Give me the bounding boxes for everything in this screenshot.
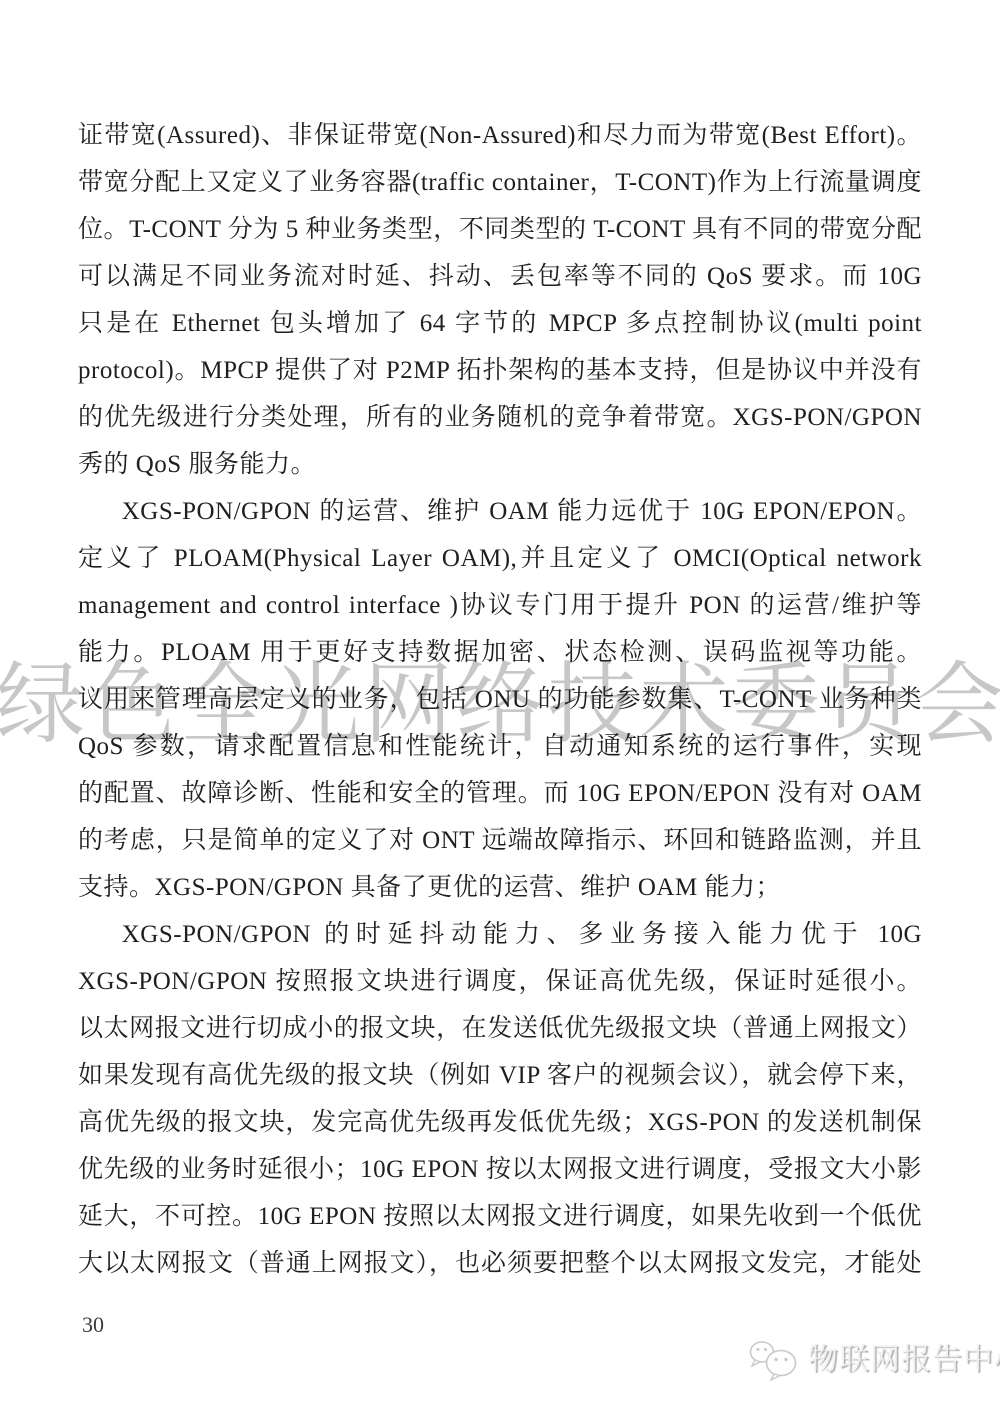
text-line: 只是在 Ethernet 包头增加了 64 字节的 MPCP 多点控制协议(mu… [78, 300, 922, 347]
text-line: 议用来管理高层定义的业务，包括 ONU 的功能参数集、T-CONT 业务种类与数… [78, 676, 922, 723]
text-line: XGS-PON/GPON 的时延抖动能力、多业务接入能力优于 10G EPON/… [78, 911, 922, 958]
text-line: 秀的 QoS 服务能力。 [78, 441, 922, 488]
badge-label: 物联网报告中心 [808, 1338, 1000, 1382]
text-line: 定义了 PLOAM(Physical Layer OAM),并且定义了 OMCI… [78, 535, 922, 582]
page-number: 30 [82, 1312, 104, 1338]
text-line: 的配置、故障诊断、性能和安全的管理。而 10G EPON/EPON 没有对 OA… [78, 770, 922, 817]
text-line: 以太网报文进行切成小的报文块，在发送低优先级报文块（普通上网报文）时， [78, 1005, 922, 1052]
text-line: 的考虑，只是简单的定义了对 ONT 远端故障指示、环回和链路监测，并且是可选 [78, 817, 922, 864]
text-line: 能力。PLOAM 用于更好支持数据加密、状态检测、误码监视等功能。OMCI 信道… [78, 629, 922, 676]
text-line: 支持。XGS-PON/GPON 具备了更优的运营、维护 OAM 能力； [78, 864, 922, 911]
text-line: 带宽分配上又定义了业务容器(traffic container，T-CONT)作… [78, 159, 922, 206]
text-line: 如果发现有高优先级的报文块（例如 VIP 客户的视频会议），就会停下来，先发 [78, 1052, 922, 1099]
text-line: 优先级的业务时延很小；10G EPON 按以太网报文进行调度，受报文大小影响，时 [78, 1146, 922, 1193]
text-line: protocol)。MPCP 提供了对 P2MP 拓扑架构的基本支持，但是协议中… [78, 347, 922, 394]
text-line: 证带宽(Assured)、非保证带宽(Non-Assured)和尽力而为带宽(B… [78, 112, 922, 159]
text-line: management and control interface )协议专门用于… [78, 582, 922, 629]
text-line: 的优先级进行分类处理，所有的业务随机的竞争着带宽。XGS-PON/GPON 具有… [78, 394, 922, 441]
text-line: XGS-PON/GPON 按照报文块进行调度，保证高优先级，保证时延很小。XGS… [78, 958, 922, 1005]
body-text: 证带宽(Assured)、非保证带宽(Non-Assured)和尽力而为带宽(B… [78, 112, 922, 1287]
text-line: 高优先级的报文块，发完高优先级再发低优先级；XGS-PON 的发送机制保证了高 [78, 1099, 922, 1146]
wechat-badge: 物联网报告中心 [748, 1338, 994, 1382]
text-line: 位。T-CONT 分为 5 种业务类型，不同类型的 T-CONT 具有不同的带宽… [78, 206, 922, 253]
text-line: 可以满足不同业务流对时延、抖动、丢包率等不同的 QoS 要求。而 10G EPO… [78, 253, 922, 300]
document-page: 绿色全光网络技术委员会 证带宽(Assured)、非保证带宽(Non-Assur… [0, 0, 1000, 1404]
text-line: QoS 参数，请求配置信息和性能统计，自动通知系统的运行事件，实现 OLT 对 … [78, 723, 922, 770]
text-line: 延大，不可控。10G EPON 按照以太网报文进行调度，如果先收到一个低优先级的 [78, 1193, 922, 1240]
text-line: XGS-PON/GPON 的运营、维护 OAM 能力远优于 10G EPON/E… [78, 488, 922, 535]
text-line: 大以太网报文（普通上网报文），也必须要把整个以太网报文发完，才能处理高 [78, 1240, 922, 1287]
wechat-icon [748, 1339, 800, 1381]
